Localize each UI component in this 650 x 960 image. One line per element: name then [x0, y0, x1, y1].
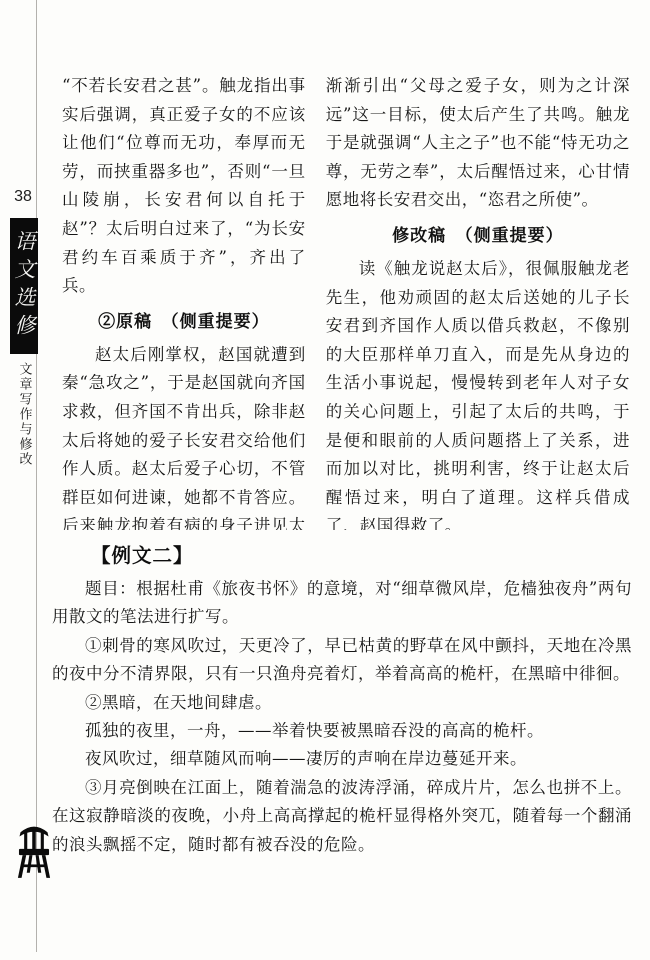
- example-paragraph-4: 夜风吹过，细草随风而响——凄厉的声响在岸边蔓延开来。: [52, 745, 632, 773]
- page-number: 38: [11, 188, 35, 206]
- example-two-heading: 【例文二】: [91, 540, 632, 568]
- right-column-paragraph-2: 读《触龙说赵太后》，很佩服触龙老先生，他劝顽固的赵太后送她的儿子长安君到齐国作人…: [326, 255, 630, 530]
- example-paragraph-5: ③月亮倒映在江面上，随着湍急的波涛浮涌，碎成片片，怎么也拼不上。在这寂静暗淡的夜…: [52, 774, 632, 859]
- chair-seal-icon: [16, 824, 52, 880]
- textbook-page: 38 语文选修 文章写作与修改 “不若长安君之甚”。触龙指出事实后强调，真正爱子…: [0, 0, 650, 960]
- example-paragraph-2: ②黑暗，在天地间肆虐。: [52, 689, 632, 717]
- example-prompt: 题目：根据杜甫《旅夜书怀》的意境，对“细草微风岸，危樯独夜舟”两句用散文的笔法进…: [52, 575, 632, 632]
- page-content: “不若长安君之甚”。触龙指出事实后强调，真正爱子女的不应该让他们“位尊而无功，奉…: [52, 72, 632, 859]
- series-title-box: 语文选修: [10, 218, 38, 354]
- example-paragraph-1: ①刺骨的寒风吹过，天更冷了，早已枯黄的野草在风中颤抖，天地在冷黑的夜中分不清界限…: [52, 632, 632, 689]
- book-subtitle-vertical: 文章写作与修改: [9, 362, 39, 471]
- left-column-heading: ②原稿 （侧重提要）: [62, 310, 306, 334]
- left-column-paragraph-1: “不若长安君之甚”。触龙指出事实后强调，真正爱子女的不应该让他们“位尊而无功，奉…: [62, 72, 306, 301]
- example-two-section: 【例文二】 题目：根据杜甫《旅夜书怀》的意境，对“细草微风岸，危樯独夜舟”两句用…: [52, 540, 632, 859]
- example-paragraph-3: 孤独的夜里，一舟，——举着快要被黑暗吞没的高高的桅杆。: [52, 717, 632, 745]
- right-column-paragraph-1: 渐渐引出“父母之爱子女，则为之计深远”这一目标，使太后产生了共鸣。触龙于是就强调…: [326, 72, 630, 215]
- left-column: “不若长安君之甚”。触龙指出事实后强调，真正爱子女的不应该让他们“位尊而无功，奉…: [52, 72, 322, 530]
- right-column: 渐渐引出“父母之爱子女，则为之计深远”这一目标，使太后产生了共鸣。触龙于是就强调…: [322, 72, 632, 530]
- right-column-heading: 修改稿 （侧重提要）: [326, 224, 630, 248]
- sidebar-divider-line: [36, 0, 37, 952]
- series-title-vertical: 语文选修: [10, 230, 38, 342]
- two-column-section: “不若长安君之甚”。触龙指出事实后强调，真正爱子女的不应该让他们“位尊而无功，奉…: [52, 72, 632, 530]
- left-column-paragraph-2: 赵太后刚掌权，赵国就遭到秦“急攻之”，于是赵国就向齐国求救，但齐国不肯出兵，除非…: [62, 341, 306, 530]
